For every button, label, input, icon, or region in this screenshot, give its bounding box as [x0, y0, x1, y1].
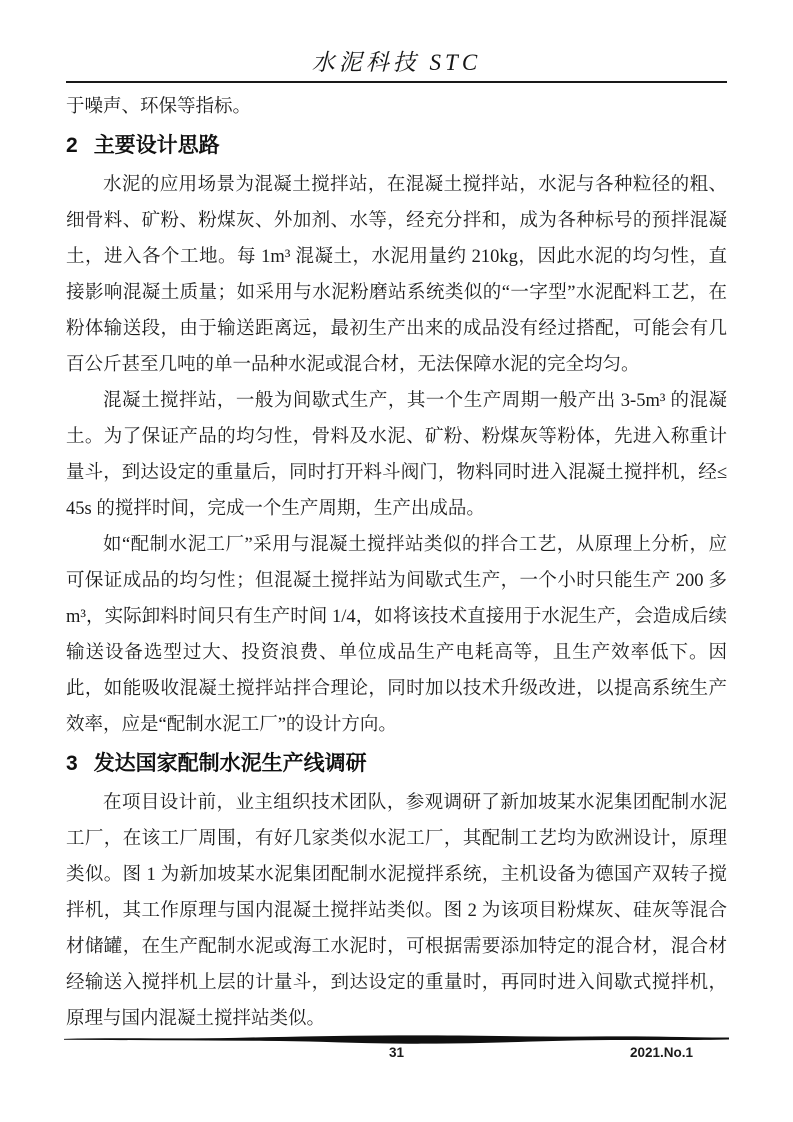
section-heading-3: 3发达国家配制水泥生产线调研 [66, 749, 727, 779]
paragraph: 在项目设计前，业主组织技术团队，参观调研了新加坡某水泥集团配制水泥工厂，在该工厂… [66, 785, 727, 1037]
page-header: 水泥科技 STC [66, 44, 727, 77]
paragraph: 如“配制水泥工厂”采用与混凝土搅拌站类似的拌合工艺，从原理上分析，应可保证成品的… [66, 527, 727, 743]
section-title: 发达国家配制水泥生产线调研 [94, 752, 367, 775]
page-body: 于噪声、环保等指标。 2主要设计思路 水泥的应用场景为混凝土搅拌站，在混凝土搅拌… [66, 89, 727, 1037]
section-number: 3 [66, 749, 78, 779]
section-heading-2: 2主要设计思路 [66, 131, 727, 161]
paragraph: 水泥的应用场景为混凝土搅拌站，在混凝土搅拌站，水泥与各种粒径的粗、细骨料、矿粉、… [66, 167, 727, 383]
footer-rule [64, 1034, 729, 1045]
journal-title: 水泥科技 STC [312, 50, 481, 75]
header-rule [66, 81, 727, 83]
footer-issue-label: 2021.No.1 [630, 1045, 693, 1060]
document-page: 水泥科技 STC 于噪声、环保等指标。 2主要设计思路 水泥的应用场景为混凝土搅… [0, 0, 793, 1122]
section-title: 主要设计思路 [94, 134, 220, 157]
section-number: 2 [66, 131, 78, 161]
continuation-line: 于噪声、环保等指标。 [66, 89, 727, 125]
paragraph: 混凝土搅拌站，一般为间歇式生产，其一个生产周期一般产出 3-5m³ 的混凝土。为… [66, 383, 727, 527]
